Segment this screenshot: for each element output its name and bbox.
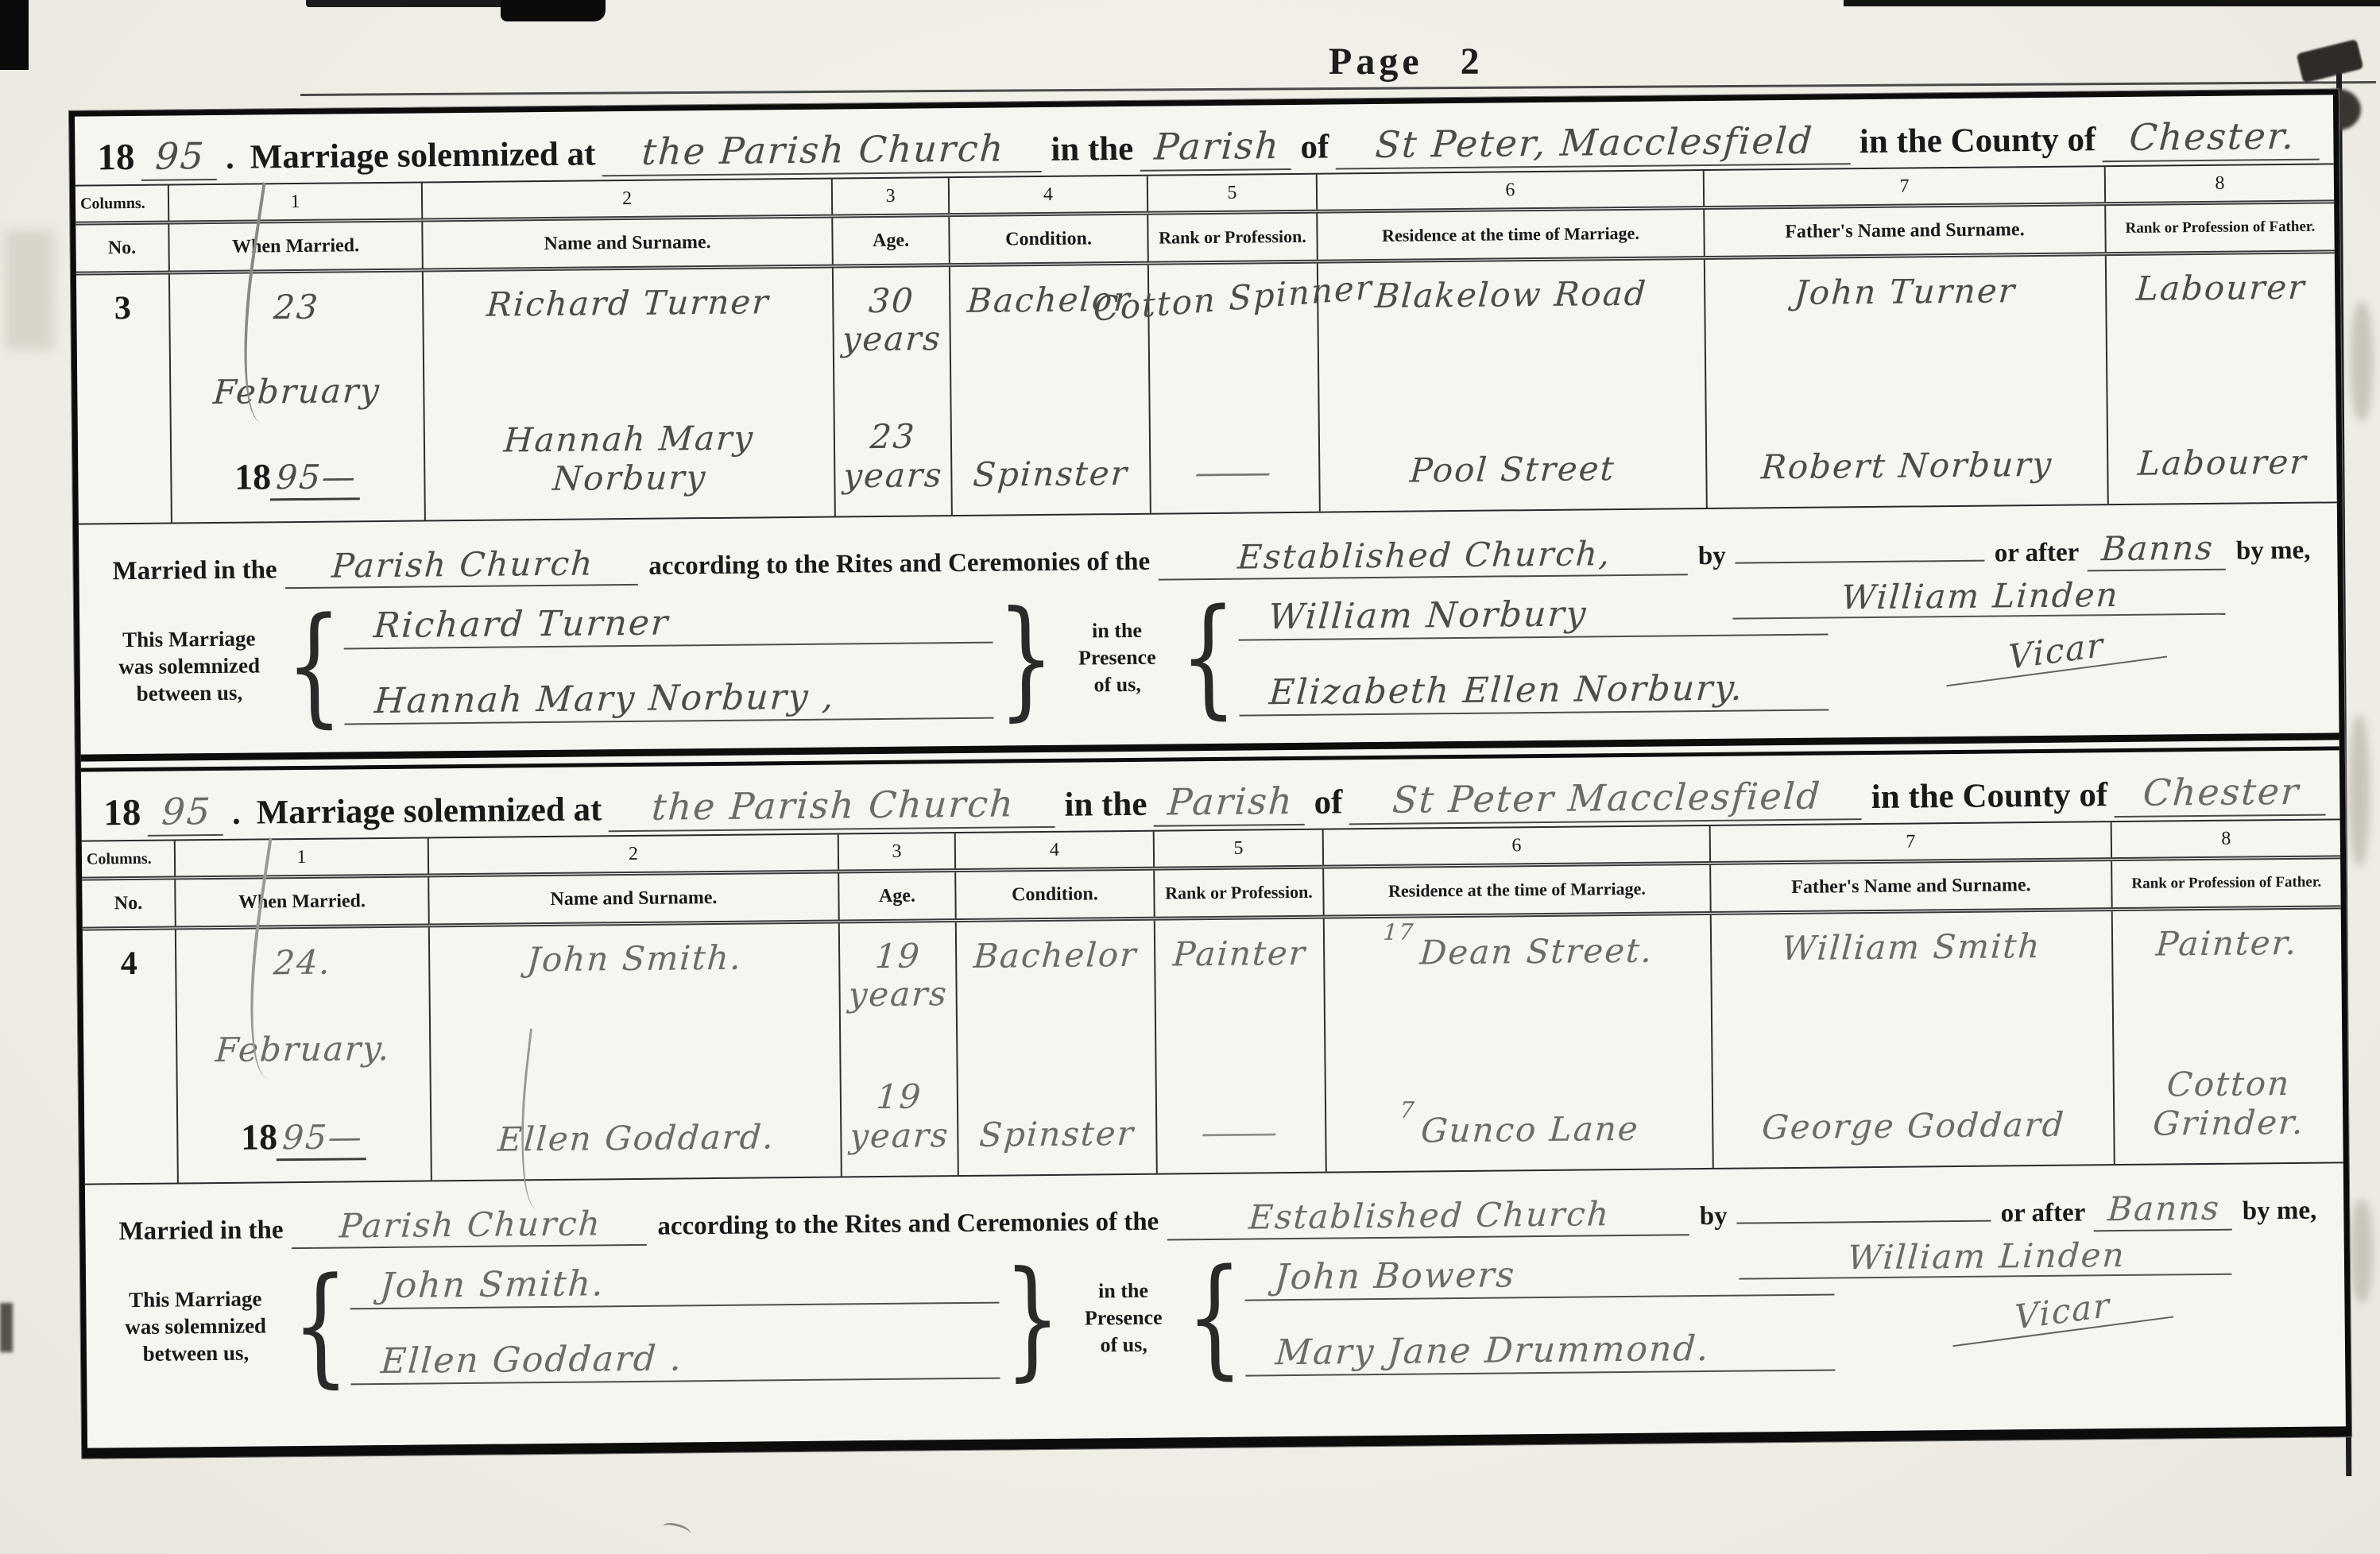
column-number-7: 7 bbox=[1711, 822, 2112, 861]
solemnized-label-line1: This Marriage bbox=[102, 1286, 288, 1315]
year-handwritten: 95 bbox=[141, 134, 219, 181]
year-handwritten: 95— bbox=[270, 457, 363, 501]
groom-father-name: John Turner bbox=[1794, 271, 2018, 312]
title-period: . bbox=[226, 138, 234, 177]
columns-label: Columns. bbox=[82, 841, 176, 877]
scan-ghost-writing bbox=[2349, 715, 2370, 866]
groom-house-number: 17 bbox=[1383, 919, 1416, 945]
county-handwritten: Chester. bbox=[2103, 114, 2323, 163]
place-of-marriage-handwritten: the Parish Church bbox=[609, 782, 1058, 832]
cell-entry-number: 4 bbox=[83, 930, 179, 1183]
column-number-3: 3 bbox=[833, 178, 950, 214]
year-printed-prefix: 18 bbox=[103, 791, 141, 834]
officiant-signature: William Linden bbox=[1739, 1235, 2234, 1280]
ceremony-place-handwritten: Parish Church bbox=[285, 543, 640, 589]
scan-ghost-writing bbox=[2351, 302, 2373, 421]
bride-age-unit: years bbox=[849, 1116, 950, 1156]
groom-profession: Painter bbox=[1171, 934, 1307, 974]
entry-number: 4 bbox=[121, 945, 137, 983]
rites-label: according to the Rites and Ceremonies of… bbox=[657, 1208, 1159, 1242]
header-name-surname: Name and Surname. bbox=[423, 218, 834, 269]
cell-residences: 17Dean Street. 7Gunco Lane bbox=[1325, 915, 1714, 1172]
cell-when-married: 23 February 18 95— bbox=[170, 272, 426, 522]
register-table: Columns. 1 2 3 4 5 6 7 8 No. When Marrie… bbox=[75, 163, 2337, 524]
groom-name-line1: John Smith. bbox=[525, 939, 743, 980]
parish-name-handwritten: St Peter Macclesfield bbox=[1349, 774, 1865, 825]
groom-residence: Blakelow Road bbox=[1375, 275, 1647, 316]
cell-names: John Smith. Ellen Goddard. bbox=[430, 923, 842, 1180]
groom-age-unit: years bbox=[841, 320, 942, 360]
column-number-4: 4 bbox=[956, 832, 1155, 868]
solemnized-label-line3: between us, bbox=[103, 1339, 289, 1368]
scan-ghost-writing bbox=[2351, 1200, 2373, 1303]
page-number-title: Page 2 bbox=[1329, 40, 1484, 83]
header-condition: Condition. bbox=[956, 871, 1155, 918]
scanned-register-page: Page 2 18 95 . Marriage solemnized at th… bbox=[0, 0, 2380, 1554]
married-in-label: Married in the bbox=[118, 1216, 283, 1247]
marriage-month: February bbox=[212, 370, 382, 411]
presence-label-line3: of us, bbox=[1064, 1331, 1183, 1359]
column-number-6: 6 bbox=[1324, 826, 1711, 865]
year-handwritten: 95 bbox=[148, 790, 226, 837]
groom-age-number: 30 bbox=[868, 282, 915, 321]
marriage-record-entry-3: 18 95 . Marriage solemnized at the Paris… bbox=[75, 95, 2339, 751]
groom-residence-street: Dean Street. bbox=[1418, 931, 1654, 972]
presence-label-line3: of us, bbox=[1058, 671, 1177, 698]
record-data-row: 4 24. February. 18 95— John Smith. bbox=[83, 909, 2343, 1185]
title-county-text: in the County of bbox=[1871, 775, 2108, 817]
column-number-5: 5 bbox=[1155, 830, 1324, 867]
groom-age: 30 years bbox=[842, 281, 942, 359]
bride-father-profession-line1: Cotton bbox=[2165, 1065, 2291, 1104]
header-rank-profession: Rank or Profession. bbox=[1148, 214, 1318, 261]
marriage-month: February. bbox=[215, 1028, 392, 1069]
year-printed-prefix: 18 bbox=[234, 455, 272, 497]
marriage-year: 18 95— bbox=[234, 454, 362, 501]
groom-condition: Bachelor bbox=[973, 935, 1139, 976]
marriage-year: 18 95— bbox=[241, 1115, 368, 1162]
title-in-the: in the bbox=[1051, 129, 1133, 169]
groom-age-number: 19 bbox=[873, 937, 921, 976]
scan-artifact-top-blob bbox=[501, 0, 606, 21]
banns-handwritten: Banns bbox=[2088, 528, 2228, 572]
witness-signature-2: Elizabeth Ellen Norbury. bbox=[1239, 667, 1832, 716]
cell-professions: Cotton Spinner — bbox=[1149, 264, 1321, 513]
by-blank-line bbox=[1737, 1220, 1991, 1224]
cell-fathers-professions: Painter. Cotton Grinder. bbox=[2113, 909, 2343, 1164]
groom-residence: 17Dean Street. bbox=[1382, 930, 1654, 973]
open-brace: { bbox=[285, 601, 343, 730]
columns-label: Columns. bbox=[75, 186, 169, 222]
column-number-3: 3 bbox=[839, 833, 956, 869]
close-brace: } bbox=[1004, 1254, 1062, 1384]
header-condition: Condition. bbox=[950, 215, 1149, 263]
bride-residence: Pool Street bbox=[1410, 450, 1616, 490]
bride-age-unit: years bbox=[842, 456, 944, 496]
bride-signature: Ellen Goddard . bbox=[351, 1336, 1003, 1386]
presence-label-line2: Presence bbox=[1064, 1304, 1183, 1332]
groom-name: Richard Turner bbox=[486, 283, 770, 324]
header-name-surname: Name and Surname. bbox=[429, 873, 840, 923]
header-age: Age. bbox=[839, 872, 957, 919]
bride-signature: Hannah Mary Norbury , bbox=[345, 675, 997, 725]
title-in-the: in the bbox=[1064, 785, 1147, 825]
cell-fathers-names: John Turner Robert Norbury bbox=[1705, 256, 2109, 508]
bride-residence-street: Pool Street bbox=[1409, 449, 1616, 490]
bride-residence-street: Gunco Lane bbox=[1420, 1109, 1641, 1150]
bride-father-name: Robert Norbury bbox=[1760, 445, 2054, 487]
by-label: by bbox=[1700, 1202, 1728, 1231]
scan-ghost-writing bbox=[5, 230, 54, 350]
column-number-8: 8 bbox=[2112, 820, 2340, 857]
cell-ages: 30 years 23 years bbox=[834, 267, 953, 516]
scan-artifact-top-edge bbox=[1844, 0, 2380, 6]
groom-father-profession: Labourer bbox=[2136, 269, 2306, 308]
column-number-4: 4 bbox=[950, 176, 1148, 213]
bride-condition: Spinster bbox=[978, 1114, 1136, 1154]
bride-age: 19 years bbox=[849, 1078, 950, 1156]
bride-house-number: 7 bbox=[1399, 1096, 1417, 1123]
groom-name-line1: Richard Turner bbox=[486, 283, 771, 324]
open-brace: { bbox=[292, 1261, 350, 1390]
witness-signature-2: Mary Jane Drummond. bbox=[1245, 1327, 1838, 1376]
header-rank-profession: Rank or Profession. bbox=[1155, 869, 1325, 917]
title-solemnized-text: Marriage solemnized at bbox=[256, 790, 602, 832]
bride-age: 23 years bbox=[843, 418, 943, 496]
header-father-name: Father's Name and Surname. bbox=[1705, 206, 2107, 256]
ceremony-church-handwritten: Established Church bbox=[1167, 1193, 1692, 1240]
or-after-label: or after bbox=[2001, 1198, 2086, 1228]
groom-father-profession-line1: Painter. bbox=[2155, 924, 2299, 964]
header-father-rank: Rank or Profession of Father. bbox=[2106, 203, 2335, 252]
by-me-label: by me, bbox=[2236, 536, 2311, 566]
title-of: of bbox=[1300, 128, 1329, 167]
cell-conditions: Bachelor Spinster bbox=[957, 921, 1158, 1175]
groom-father-profession: Painter. bbox=[2156, 924, 2298, 964]
bride-residence: 7Gunco Lane bbox=[1399, 1108, 1639, 1150]
bride-profession: — bbox=[1196, 1112, 1286, 1152]
ceremony-church-handwritten: Established Church, bbox=[1159, 533, 1690, 580]
groom-father-name: William Smith bbox=[1781, 926, 2042, 968]
couple-signatures: John Smith. Ellen Goddard . bbox=[351, 1260, 1001, 1386]
scan-artifact-bleedthrough bbox=[2297, 39, 2364, 83]
rites-label: according to the Rites and Ceremonies of… bbox=[648, 547, 1150, 582]
cell-fathers-names: William Smith George Goddard bbox=[1712, 911, 2115, 1168]
column-number-7: 7 bbox=[1705, 167, 2106, 206]
bride-father-profession: Labourer bbox=[2138, 443, 2308, 482]
cell-professions: Painter — bbox=[1155, 919, 1327, 1173]
header-no: No. bbox=[75, 225, 170, 272]
entry-number: 3 bbox=[114, 289, 131, 327]
title-solemnized-text: Marriage solemnized at bbox=[250, 134, 596, 176]
ceremony-place-handwritten: Parish Church bbox=[292, 1204, 649, 1249]
scan-artifact-left-edge bbox=[0, 1303, 13, 1352]
year-handwritten: 95— bbox=[277, 1117, 370, 1161]
presence-label-line1: in the bbox=[1057, 617, 1176, 645]
scan-artifact-top-smear bbox=[306, 0, 517, 7]
by-blank-line bbox=[1736, 560, 1985, 564]
solemnized-label-line2: was solemnized bbox=[102, 1312, 288, 1341]
bride-father-profession: Cotton Grinder. bbox=[2153, 1065, 2305, 1142]
banns-handwritten: Banns bbox=[2094, 1189, 2235, 1232]
header-father-rank: Rank or Profession of Father. bbox=[2112, 859, 2341, 907]
by-me-label: by me, bbox=[2243, 1196, 2317, 1227]
presence-label-line2: Presence bbox=[1058, 644, 1177, 671]
groom-age: 19 years bbox=[848, 937, 948, 1015]
cell-ages: 19 years 19 years bbox=[840, 922, 959, 1176]
bride-age-number: 19 bbox=[875, 1078, 923, 1117]
year-printed-prefix: 18 bbox=[97, 136, 135, 179]
year-printed-prefix: 18 bbox=[241, 1115, 278, 1158]
title-of: of bbox=[1314, 783, 1342, 821]
open-brace: { bbox=[1179, 592, 1237, 721]
column-number-2: 2 bbox=[423, 180, 833, 218]
close-brace: } bbox=[997, 594, 1055, 724]
couple-signatures: Richard Turner Hannah Mary Norbury , bbox=[345, 600, 995, 725]
scan-artifact-top-left bbox=[0, 0, 29, 70]
title-county-text: in the County of bbox=[1859, 120, 2096, 161]
bride-name-line2: Norbury bbox=[551, 458, 708, 498]
married-in-label: Married in the bbox=[112, 555, 277, 586]
bride-name-line1: Hannah Mary bbox=[503, 419, 756, 460]
header-age: Age. bbox=[833, 217, 950, 264]
bride-father-profession-line2: Grinder. bbox=[2152, 1103, 2306, 1142]
by-label: by bbox=[1698, 542, 1726, 571]
record-data-row: 3 23 February 18 95— Richard Turner bbox=[76, 253, 2337, 524]
bride-name: Hannah Mary Norbury bbox=[504, 419, 755, 499]
groom-signature: John Smith. bbox=[350, 1260, 1002, 1310]
groom-age-unit: years bbox=[847, 975, 949, 1015]
solemnized-label-line2: was solemnized bbox=[95, 652, 282, 681]
or-after-label: or after bbox=[1995, 538, 2080, 568]
groom-name: John Smith. bbox=[527, 939, 742, 980]
cell-fathers-professions: Labourer Labourer bbox=[2107, 253, 2337, 504]
solemnized-label: This Marriage was solemnized between us, bbox=[95, 626, 283, 709]
marriage-record-entry-4: 18 95 . Marriage solemnized at the Paris… bbox=[81, 750, 2346, 1411]
bride-age-number: 23 bbox=[869, 418, 916, 457]
header-residence: Residence at the time of Marriage. bbox=[1318, 210, 1705, 260]
parish-name-handwritten: St Peter, Macclesfield bbox=[1336, 118, 1853, 169]
presence-label-line1: in the bbox=[1063, 1278, 1182, 1305]
bride-father-name: George Goddard bbox=[1761, 1105, 2066, 1147]
open-brace: { bbox=[1186, 1252, 1244, 1382]
cell-residences: Blakelow Road Pool Street bbox=[1318, 260, 1708, 512]
cell-entry-number: 3 bbox=[76, 275, 172, 524]
column-number-6: 6 bbox=[1318, 171, 1705, 210]
column-number-5: 5 bbox=[1148, 175, 1318, 211]
groom-residence-street: Blakelow Road bbox=[1374, 274, 1648, 315]
solemnized-label: This Marriage was solemnized between us, bbox=[102, 1286, 289, 1369]
bride-profession: — bbox=[1190, 452, 1279, 492]
groom-signature: Richard Turner bbox=[344, 600, 996, 650]
marriage-register-form: 18 95 . Marriage solemnized at the Paris… bbox=[69, 89, 2351, 1458]
bride-condition: Spinster bbox=[972, 454, 1129, 494]
column-number-2: 2 bbox=[429, 834, 839, 873]
header-no: No. bbox=[82, 880, 176, 927]
officiant-signature: William Linden bbox=[1732, 574, 2227, 620]
title-period: . bbox=[232, 794, 241, 833]
column-number-8: 8 bbox=[2106, 164, 2334, 202]
pencil-mark bbox=[661, 1521, 692, 1539]
solemnized-label-line1: This Marriage bbox=[95, 626, 282, 655]
solemnized-label-line3: between us, bbox=[96, 679, 283, 708]
cell-names: Richard Turner Hannah Mary Norbury bbox=[424, 269, 836, 520]
cell-when-married: 24. February. 18 95— bbox=[176, 927, 432, 1182]
county-handwritten: Chester bbox=[2114, 769, 2328, 818]
parish-word-handwritten: Parish bbox=[1140, 124, 1294, 172]
presence-label: in the Presence of us, bbox=[1057, 617, 1177, 699]
register-table: Columns. 1 2 3 4 5 6 7 8 No. When Marrie… bbox=[82, 818, 2343, 1185]
place-of-marriage-handwritten: the Parish Church bbox=[602, 126, 1044, 176]
presence-label: in the Presence of us, bbox=[1063, 1278, 1183, 1359]
parish-word-handwritten: Parish bbox=[1154, 779, 1308, 827]
header-residence: Residence at the time of Marriage. bbox=[1324, 865, 1712, 915]
bride-father-profession-line1: Labourer bbox=[2137, 443, 2308, 482]
groom-father-profession-line1: Labourer bbox=[2135, 269, 2307, 308]
header-father-name: Father's Name and Surname. bbox=[1711, 861, 2113, 911]
